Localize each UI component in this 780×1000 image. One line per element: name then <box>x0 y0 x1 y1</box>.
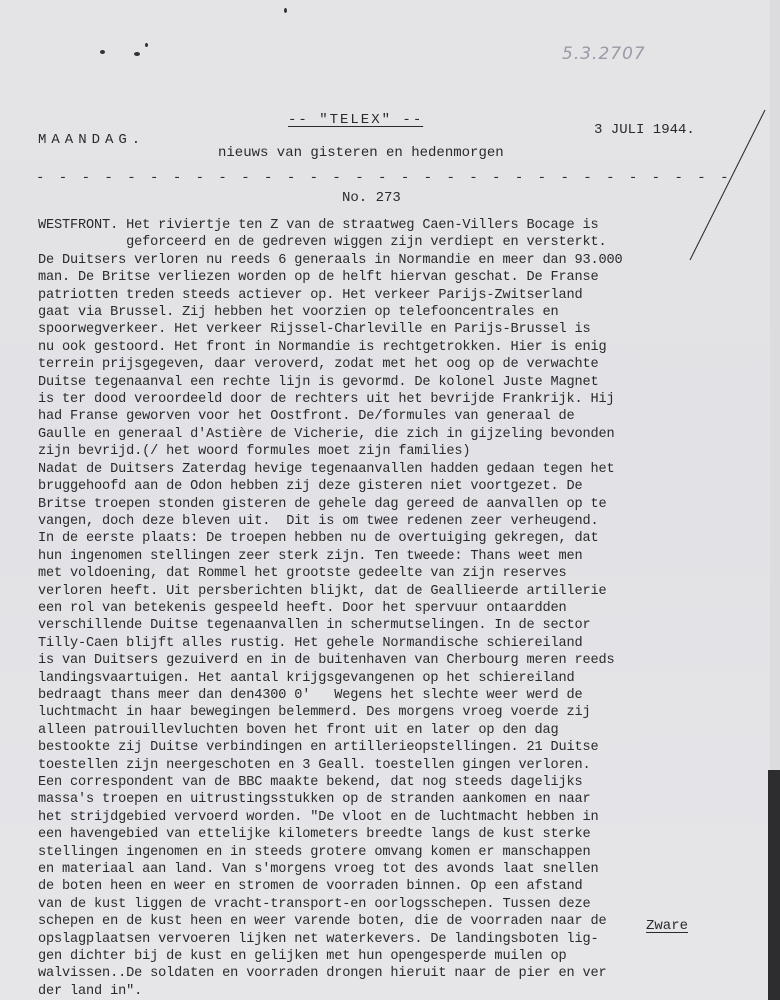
newsletter-subtitle: nieuws van gisteren en hedenmorgen <box>218 145 504 161</box>
text-line: vangen, doch deze bleven uit. Dit is om … <box>38 513 738 530</box>
text-line: Een correspondent van de BBC maakte beke… <box>38 774 738 791</box>
text-line: de boten heen en weer en stromen de voor… <box>38 878 738 895</box>
text-line: verloren heeft. Uit persberichten blijkt… <box>38 583 738 600</box>
text-line: een havengebied van ettelijke kilometers… <box>38 826 738 843</box>
text-line: hun ingenomen stellingen zeer sterk zijn… <box>38 548 738 565</box>
weekday-label: MAANDAG. <box>38 132 145 148</box>
ink-speck <box>100 50 105 54</box>
document-page: 5.3.2707 MAANDAG. -- "TELEX" -- 3 JULI 1… <box>0 0 770 1000</box>
text-line: patriotten treden steeds actiever op. He… <box>38 287 738 304</box>
text-line: had Franse geworven voor het Oostfront. … <box>38 408 738 425</box>
text-line: van de kust liggen de vracht-transport-e… <box>38 896 738 913</box>
issue-number: No. 273 <box>342 190 401 206</box>
archive-number-annotation: 5.3.2707 <box>562 44 646 64</box>
text-line: bruggehoofd aan de Odon hebben zij deze … <box>38 478 738 495</box>
text-line: een rol van betekenis gespeeld heeft. Do… <box>38 600 738 617</box>
text-line: verschillende Duitse tegenaanvallen in s… <box>38 617 738 634</box>
text-line: bestookte zij Duitse verbindingen en art… <box>38 739 738 756</box>
text-line: gaat via Brussel. Zij hebben het voorzie… <box>38 304 738 321</box>
text-line: is ter dood veroordeeld door de rechters… <box>38 391 738 408</box>
text-line: is van Duitsers gezuiverd en in de buite… <box>38 652 738 669</box>
ink-speck <box>145 43 148 47</box>
header-separator: - - - - - - - - - - - - - - - - - - - - … <box>36 170 736 186</box>
newsletter-title: -- "TELEX" -- <box>288 112 423 128</box>
text-line: terrein prijsgegeven, daar veroverd, zod… <box>38 356 738 373</box>
text-line: en materiaal aan land. Van s'morgens vro… <box>38 861 738 878</box>
text-line: Gaulle en generaal d'Astière de Vicherie… <box>38 426 738 443</box>
text-line: geforceerd en de gedreven wiggen zijn ve… <box>38 234 738 251</box>
text-line: bedraagt thans meer dan den4300 0' Wegen… <box>38 687 738 704</box>
ink-speck <box>134 52 140 56</box>
text-line: nu ook gestoord. Het front in Normandie … <box>38 339 738 356</box>
issue-date: 3 JULI 1944. <box>594 122 695 138</box>
text-line: walvissen..De soldaten en voorraden dron… <box>38 965 738 982</box>
text-line: schepen en de kust heen en weer varende … <box>38 913 738 930</box>
text-line: In de eerste plaats: De troepen hebben n… <box>38 530 738 547</box>
article-body: WESTFRONT. Het riviertje ten Z van de st… <box>38 217 738 1000</box>
text-line: landingsvaartuigen. Het aantal krijgsgev… <box>38 670 738 687</box>
text-line: Britse troepen stonden gisteren de gehel… <box>38 496 738 513</box>
text-line: Tilly-Caen blijft alles rustig. Het gehe… <box>38 635 738 652</box>
text-line: Duitse tegenaanval een rechte lijn is ge… <box>38 374 738 391</box>
continuation-word: Zware <box>646 918 688 934</box>
text-line: zijn bevrijd.(/ het woord formules moet … <box>38 443 738 460</box>
text-line: stellingen ingenomen en in steeds groter… <box>38 844 738 861</box>
text-line: opslagplaatsen vervoeren lijken net wate… <box>38 931 738 948</box>
text-line: der land in". <box>38 983 738 1000</box>
text-line: massa's troepen en uitrustingsstukken op… <box>38 791 738 808</box>
page-edge-shadow <box>768 770 780 1000</box>
text-line: WESTFRONT. Het riviertje ten Z van de st… <box>38 217 738 234</box>
text-line: luchtmacht in haar bewegingen belemmerd.… <box>38 704 738 721</box>
text-line: spoorwegverkeer. Het verkeer Rijssel-Cha… <box>38 321 738 338</box>
text-line: met voldoening, dat Rommel het grootste … <box>38 565 738 582</box>
text-line: Nadat de Duitsers Zaterdag hevige tegena… <box>38 461 738 478</box>
ink-speck <box>284 8 287 13</box>
text-line: het strijdgebied vervoerd worden. "De vl… <box>38 809 738 826</box>
text-line: De Duitsers verloren nu reeds 6 generaal… <box>38 252 738 269</box>
text-line: alleen patrouillevluchten boven het fron… <box>38 722 738 739</box>
text-line: gen dichter bij de kust en gelijken met … <box>38 948 738 965</box>
text-line: toestellen zijn neergeschoten en 3 Geall… <box>38 757 738 774</box>
text-line: man. De Britse verliezen worden op de he… <box>38 269 738 286</box>
